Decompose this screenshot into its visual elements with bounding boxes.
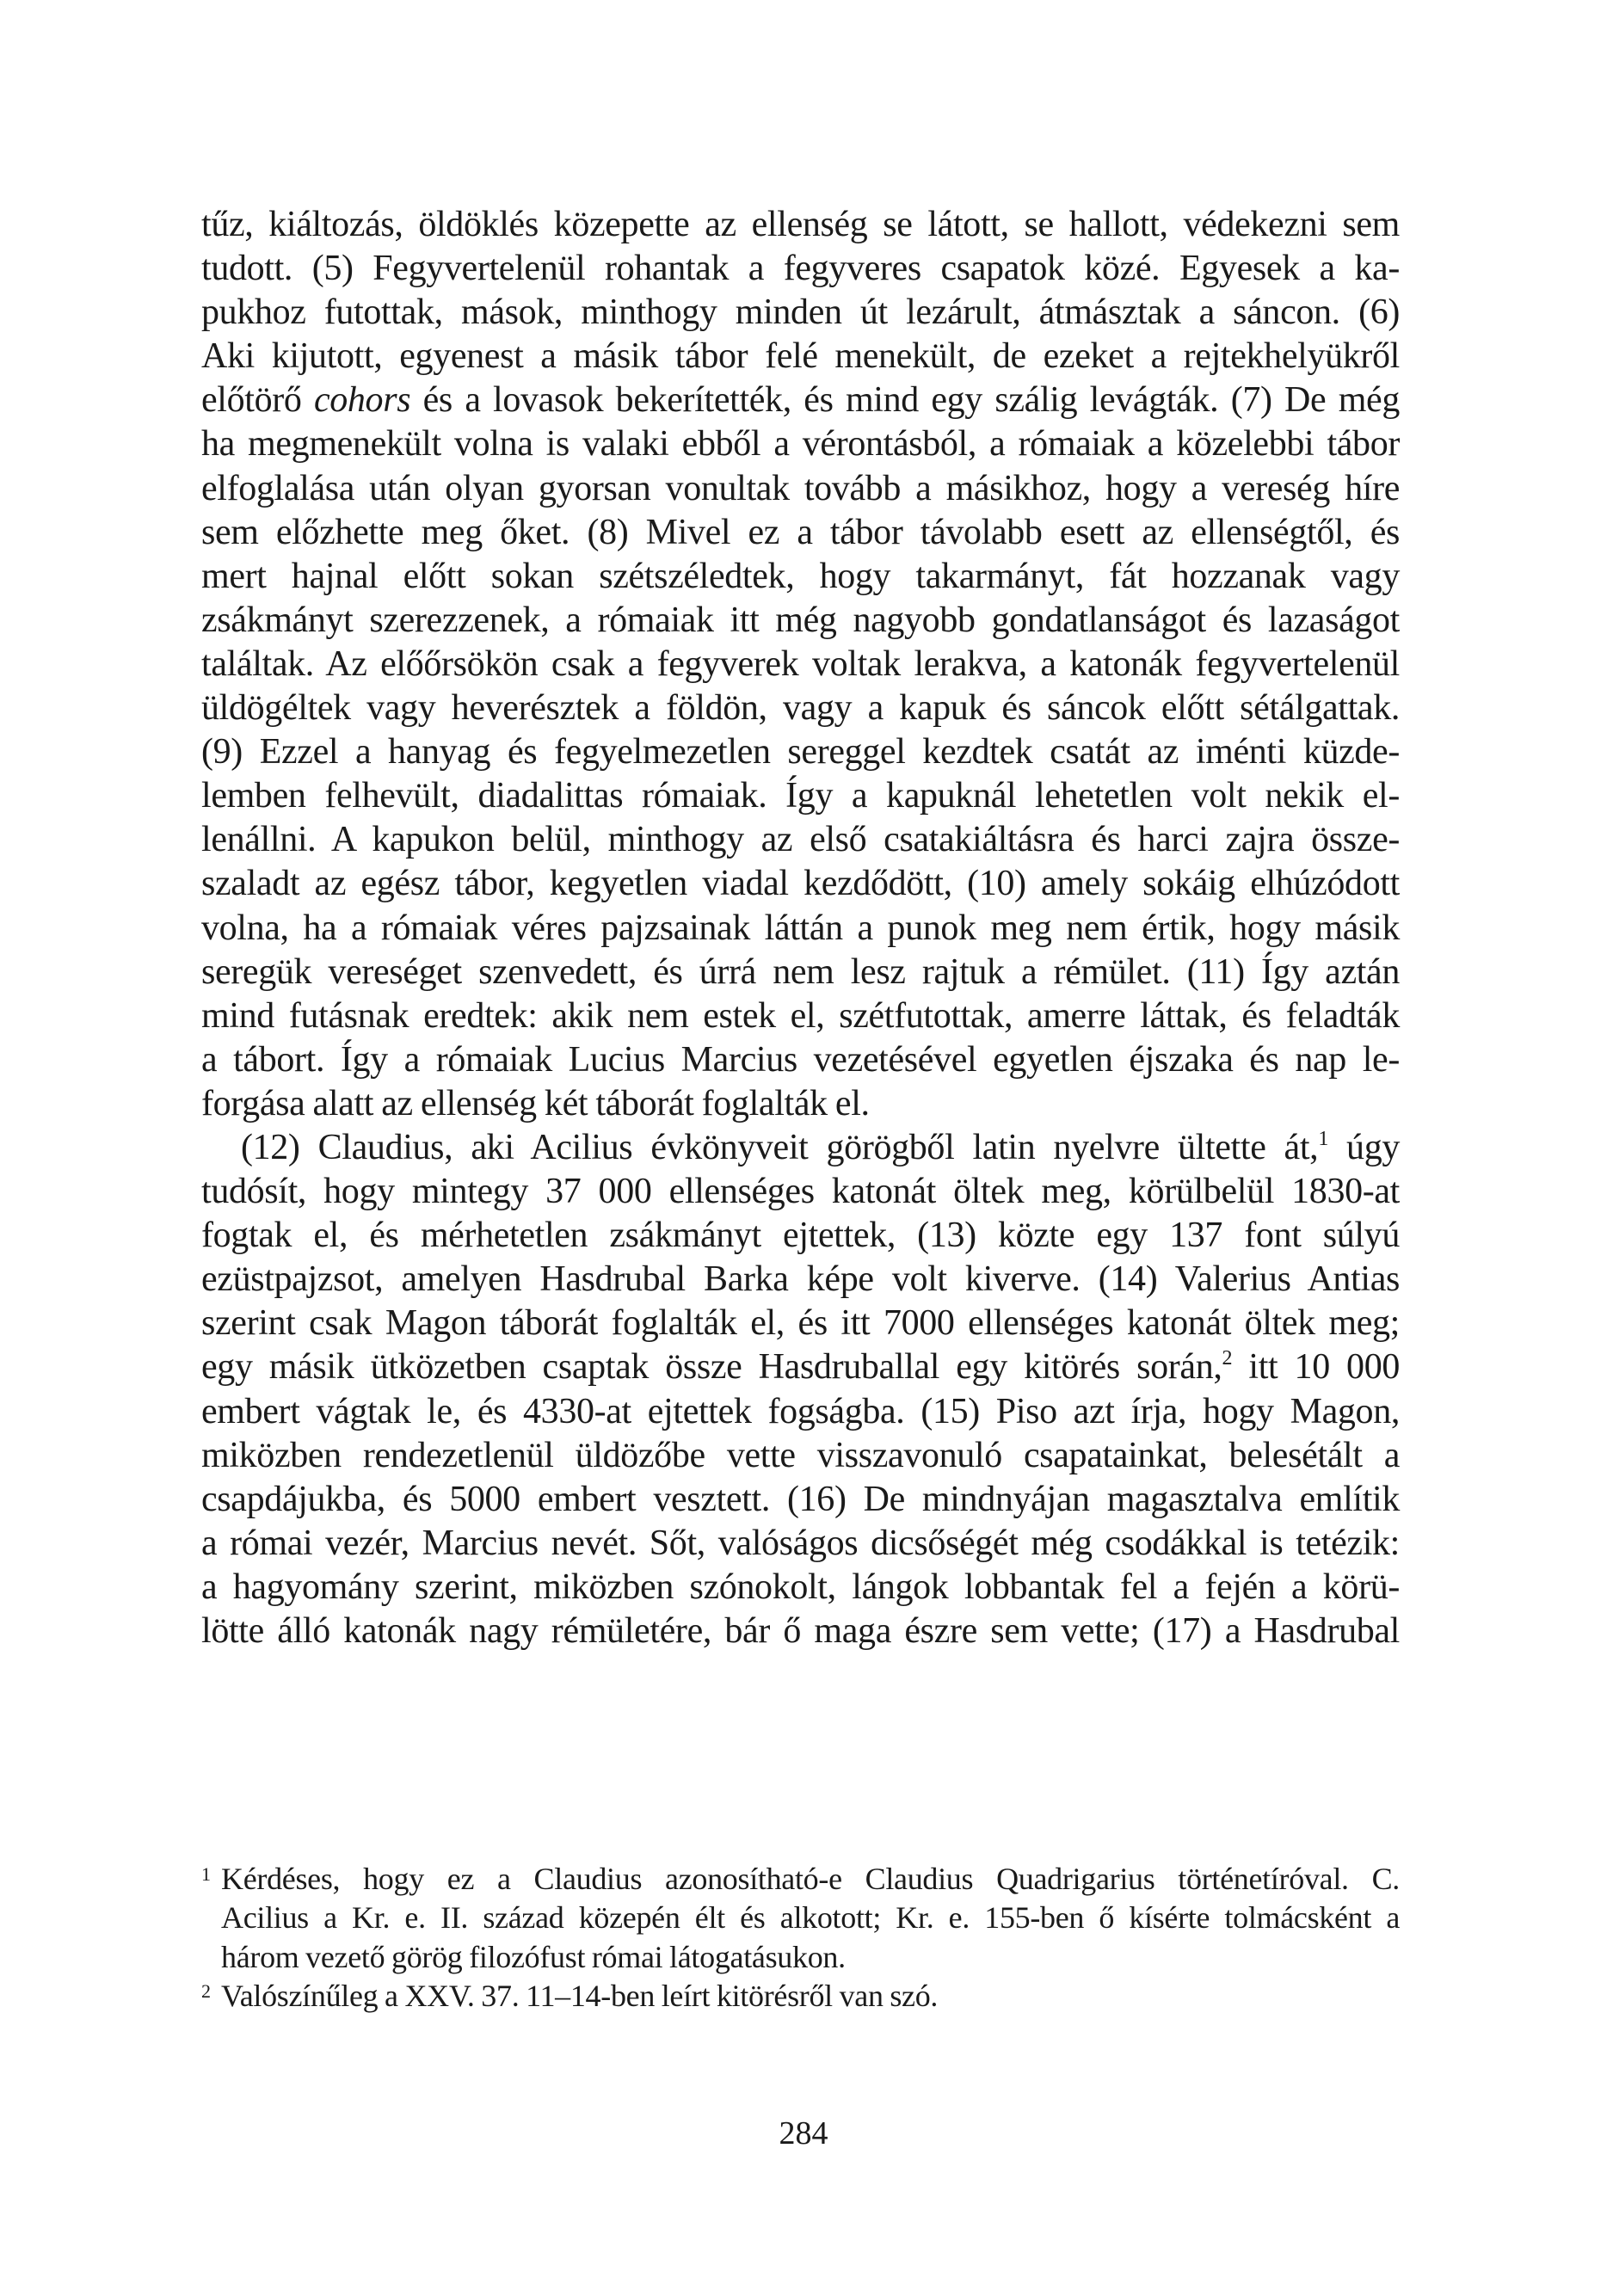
text-line: miközben rendezetlenül üldözőbe vette vi… (201, 1434, 1400, 1478)
footnote-line: három vezető görög filozófust római láto… (221, 1938, 1400, 1977)
text-line: előtörő cohors és a lovasok bekerítették… (201, 379, 1400, 422)
italic-term-cohors: cohors (314, 380, 410, 420)
text-line: üldögéltek vagy heverésztek a földön, va… (201, 686, 1400, 730)
text-line: zsákmányt szerezzenek, a rómaiak itt még… (201, 599, 1400, 643)
text-segment: előtörő (201, 380, 314, 420)
text-line: egy másik ütközetben csaptak össze Hasdr… (201, 1345, 1400, 1389)
footnote-number: 1 (201, 1855, 211, 1893)
page-number: 284 (0, 2112, 1607, 2155)
text-segment: és a lovasok bekerítették, és mind egy s… (410, 380, 1400, 420)
text-line: embert vágtak le, és 4330-at ejtettek fo… (201, 1390, 1400, 1434)
footnote-2: 2 Valószínűleg a XXV. 37. 11–14-ben leír… (201, 1977, 1400, 2016)
text-line: seregük vereséget szenvedett, és úrrá ne… (201, 951, 1400, 994)
text-segment: egy másik ütközetben csaptak össze Hasdr… (201, 1347, 1222, 1387)
footnote-ref-2[interactable]: 2 (1222, 1347, 1233, 1370)
footnote-line: Valószínűleg a XXV. 37. 11–14-ben leírt … (221, 1977, 1400, 2016)
text-line: lötte álló katonák nagy rémületére, bár … (201, 1610, 1400, 1653)
document-page: tűz, kiáltozás, öldöklés közepette az el… (0, 0, 1607, 2296)
text-line: tudósít, hogy mintegy 37 000 ellenséges … (201, 1170, 1400, 1214)
text-segment: (12) Claudius, aki Acilius évkönyveit gö… (241, 1128, 1318, 1167)
text-line: (12) Claudius, aki Acilius évkönyveit gö… (201, 1126, 1400, 1170)
text-line: szaladt az egész tábor, kegyetlen viadal… (201, 862, 1400, 906)
text-line: a római vezér, Marcius nevét. Sőt, valós… (201, 1522, 1400, 1566)
text-line: találtak. Az előőrsökön csak a fegyverek… (201, 643, 1400, 686)
text-line: volna, ha a rómaiak véres pajzsainak lát… (201, 907, 1400, 951)
text-line: pukhoz futottak, mások, minthogy minden … (201, 291, 1400, 335)
footnote-line: Kérdéses, hogy ez a Claudius azonosíthat… (221, 1860, 1400, 1899)
text-line: fogtak el, és mérhetetlen zsákmányt ejte… (201, 1214, 1400, 1258)
footnotes: 1 Kérdéses, hogy ez a Claudius azonosíth… (201, 1860, 1400, 2016)
text-line: ezüstpajzsot, amelyen Hasdrubal Barka ké… (201, 1258, 1400, 1302)
text-line: a tábort. Így a rómaiak Lucius Marcius v… (201, 1038, 1400, 1082)
footnote-ref-1[interactable]: 1 (1318, 1128, 1328, 1150)
text-line: forgása alatt az ellenség két táborát fo… (201, 1082, 1400, 1126)
text-segment: úgy (1328, 1128, 1400, 1167)
text-line: a hagyomány szerint, miközben szónokolt,… (201, 1566, 1400, 1610)
text-line: lenállni. A kapukon belül, minthogy az e… (201, 818, 1400, 862)
text-line: sem előzhette meg őket. (8) Mivel ez a t… (201, 511, 1400, 555)
text-line: mert hajnal előtt sokan szétszéledtek, h… (201, 555, 1400, 599)
text-line: (9) Ezzel a hanyag és fegyelmezetlen ser… (201, 730, 1400, 774)
text-line: elfoglalása után olyan gyorsan vonultak … (201, 467, 1400, 511)
text-line: csapdájukba, és 5000 embert vesztett. (1… (201, 1478, 1400, 1522)
text-line: tudott. (5) Fegyvertelenül rohantak a fe… (201, 247, 1400, 291)
text-line: szerint csak Magon táborát foglalták el,… (201, 1302, 1400, 1345)
footnote-1: 1 Kérdéses, hogy ez a Claudius azonosíth… (201, 1860, 1400, 1977)
text-line: lemben felhevült, diadalittas rómaiak. Í… (201, 774, 1400, 818)
text-line: ha megmenekült volna is valaki ebből a v… (201, 422, 1400, 466)
body-text: tűz, kiáltozás, öldöklés közepette az el… (201, 203, 1400, 1653)
text-segment: itt 10 000 (1232, 1347, 1400, 1387)
text-line: Aki kijutott, egyenest a másik tábor fel… (201, 335, 1400, 379)
footnote-line: Acilius a Kr. e. II. század közepén élt … (221, 1899, 1400, 1937)
footnote-number: 2 (201, 1972, 211, 2010)
text-line: mind futásnak eredtek: akik nem estek el… (201, 994, 1400, 1038)
text-line: tűz, kiáltozás, öldöklés közepette az el… (201, 203, 1400, 247)
